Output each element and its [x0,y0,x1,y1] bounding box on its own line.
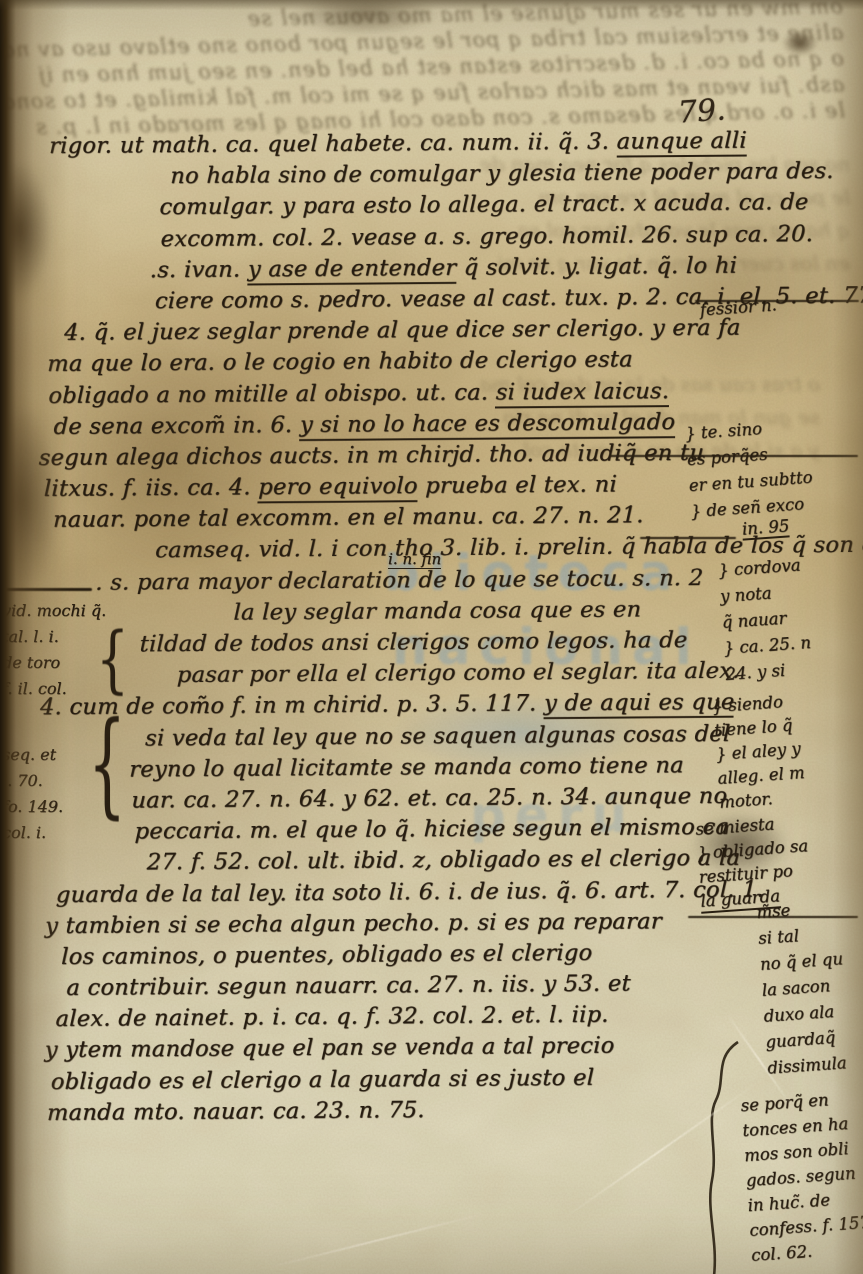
underlined-phrase: y de aqui es que [544,689,735,720]
line-text: . s. para mayor declaration de lo que se… [95,565,704,596]
line-text: comulgar. y para esto lo allega. el trac… [159,189,809,220]
manuscript-page: blioteca nacional perú om mw en ur ses m… [0,0,863,1274]
line-text: y ytem mandose que el pan se venda a tal… [44,1033,615,1063]
line-text: rigor. ut math. ca. quel habete. ca. num… [49,129,617,159]
line-text: y tambien si se echa algun pecho. p. si … [45,908,662,939]
line-text: litxus. f. iis. ca. 4. [44,474,259,502]
line-text: obligado a no mitille al obispo. ut. ca. [48,379,496,409]
underlined-phrase: si iudex laicus. [495,378,669,408]
brace-stroke [696,1040,756,1274]
line-text: a contribuir. segun nauarr. ca. 27. n. i… [66,971,631,1001]
line-text: .s. ivan. [149,256,248,283]
line-text: tildad de todos ansi clerigos como legos… [139,627,687,657]
underlined-phrase: pero equivolo [258,473,418,503]
line-text: los caminos, o puentes, obligado es el c… [61,940,593,970]
line-text: si veda tal ley que no se saquen algunas… [145,720,731,751]
line-text: uar. ca. 27. n. 64. y 62. et. ca. 25. n.… [131,783,728,814]
line-text: no habla sino de comulgar y glesia tiene… [170,158,834,189]
right-margin-note: } cordova y nota q̃ nauar } ca. 25. n 24… [718,555,814,691]
page-edge-top [0,0,863,10]
line-text: la ley seglar manda cosa que es en [233,596,641,625]
line-text: manda mto. nauar. ca. 23. n. 75. [47,1097,426,1126]
line-text: obligado es el clerigo a la guarda si es… [50,1064,594,1094]
right-margin-note: } te. sino es porq̃es er en tu subtto } … [685,416,816,528]
page-edge-right [833,0,863,1274]
line-text: pasar por ella el clerigo como el seglar… [176,658,740,688]
line-text: peccaria. m. el que lo q̃. hiciese segun… [134,814,729,845]
paper-crease [263,1212,487,1270]
right-margin-note: in. 95 [741,516,790,540]
line-text: reyno lo qual licitamte se manda como ti… [129,752,684,782]
line-text: ma que lo era. o le cogio en habito de c… [47,347,633,378]
line-text: 27. f. 52. col. ult. ibid. z, obligado e… [146,845,740,876]
line-text: de sena excom̃ in. 6. [53,412,300,440]
line-text: q̃ solvit. y. ligat. q̃. lo hi [456,252,738,280]
line-text: alex. de nainet. p. i. ca. q. f. 32. col… [55,1002,609,1032]
line-text: prueba el tex. ni [417,472,617,500]
underlined-phrase: y si no lo hace es descomulgado [299,409,675,441]
underlined-phrase: aunque alli [616,128,747,158]
page-number: 79. [677,92,727,130]
line-text: segun alega dichos aucts. in m chirjd. t… [38,440,704,471]
line-text: guarda de la tal ley. ita soto li. 6. i.… [56,876,765,908]
line-text: 4. cum de com̃o f. in m chirid. p. 3. 5.… [40,691,545,721]
right-margin-note: } siendo tiene lo q̃ } el aley y alleg. … [712,691,807,817]
underlined-phrase: y ase de entender [247,255,456,286]
binding-edge [0,0,70,1274]
line-text: nauar. pone tal excomm. en el manu. ca. … [53,503,644,534]
line-text: excomm. col. 2. vease a. s. grego. homil… [160,221,813,252]
line-text: 4. q̃. el juez seglar prende al que dice… [64,315,741,346]
interlinear-note: i. n. fin [388,550,441,569]
